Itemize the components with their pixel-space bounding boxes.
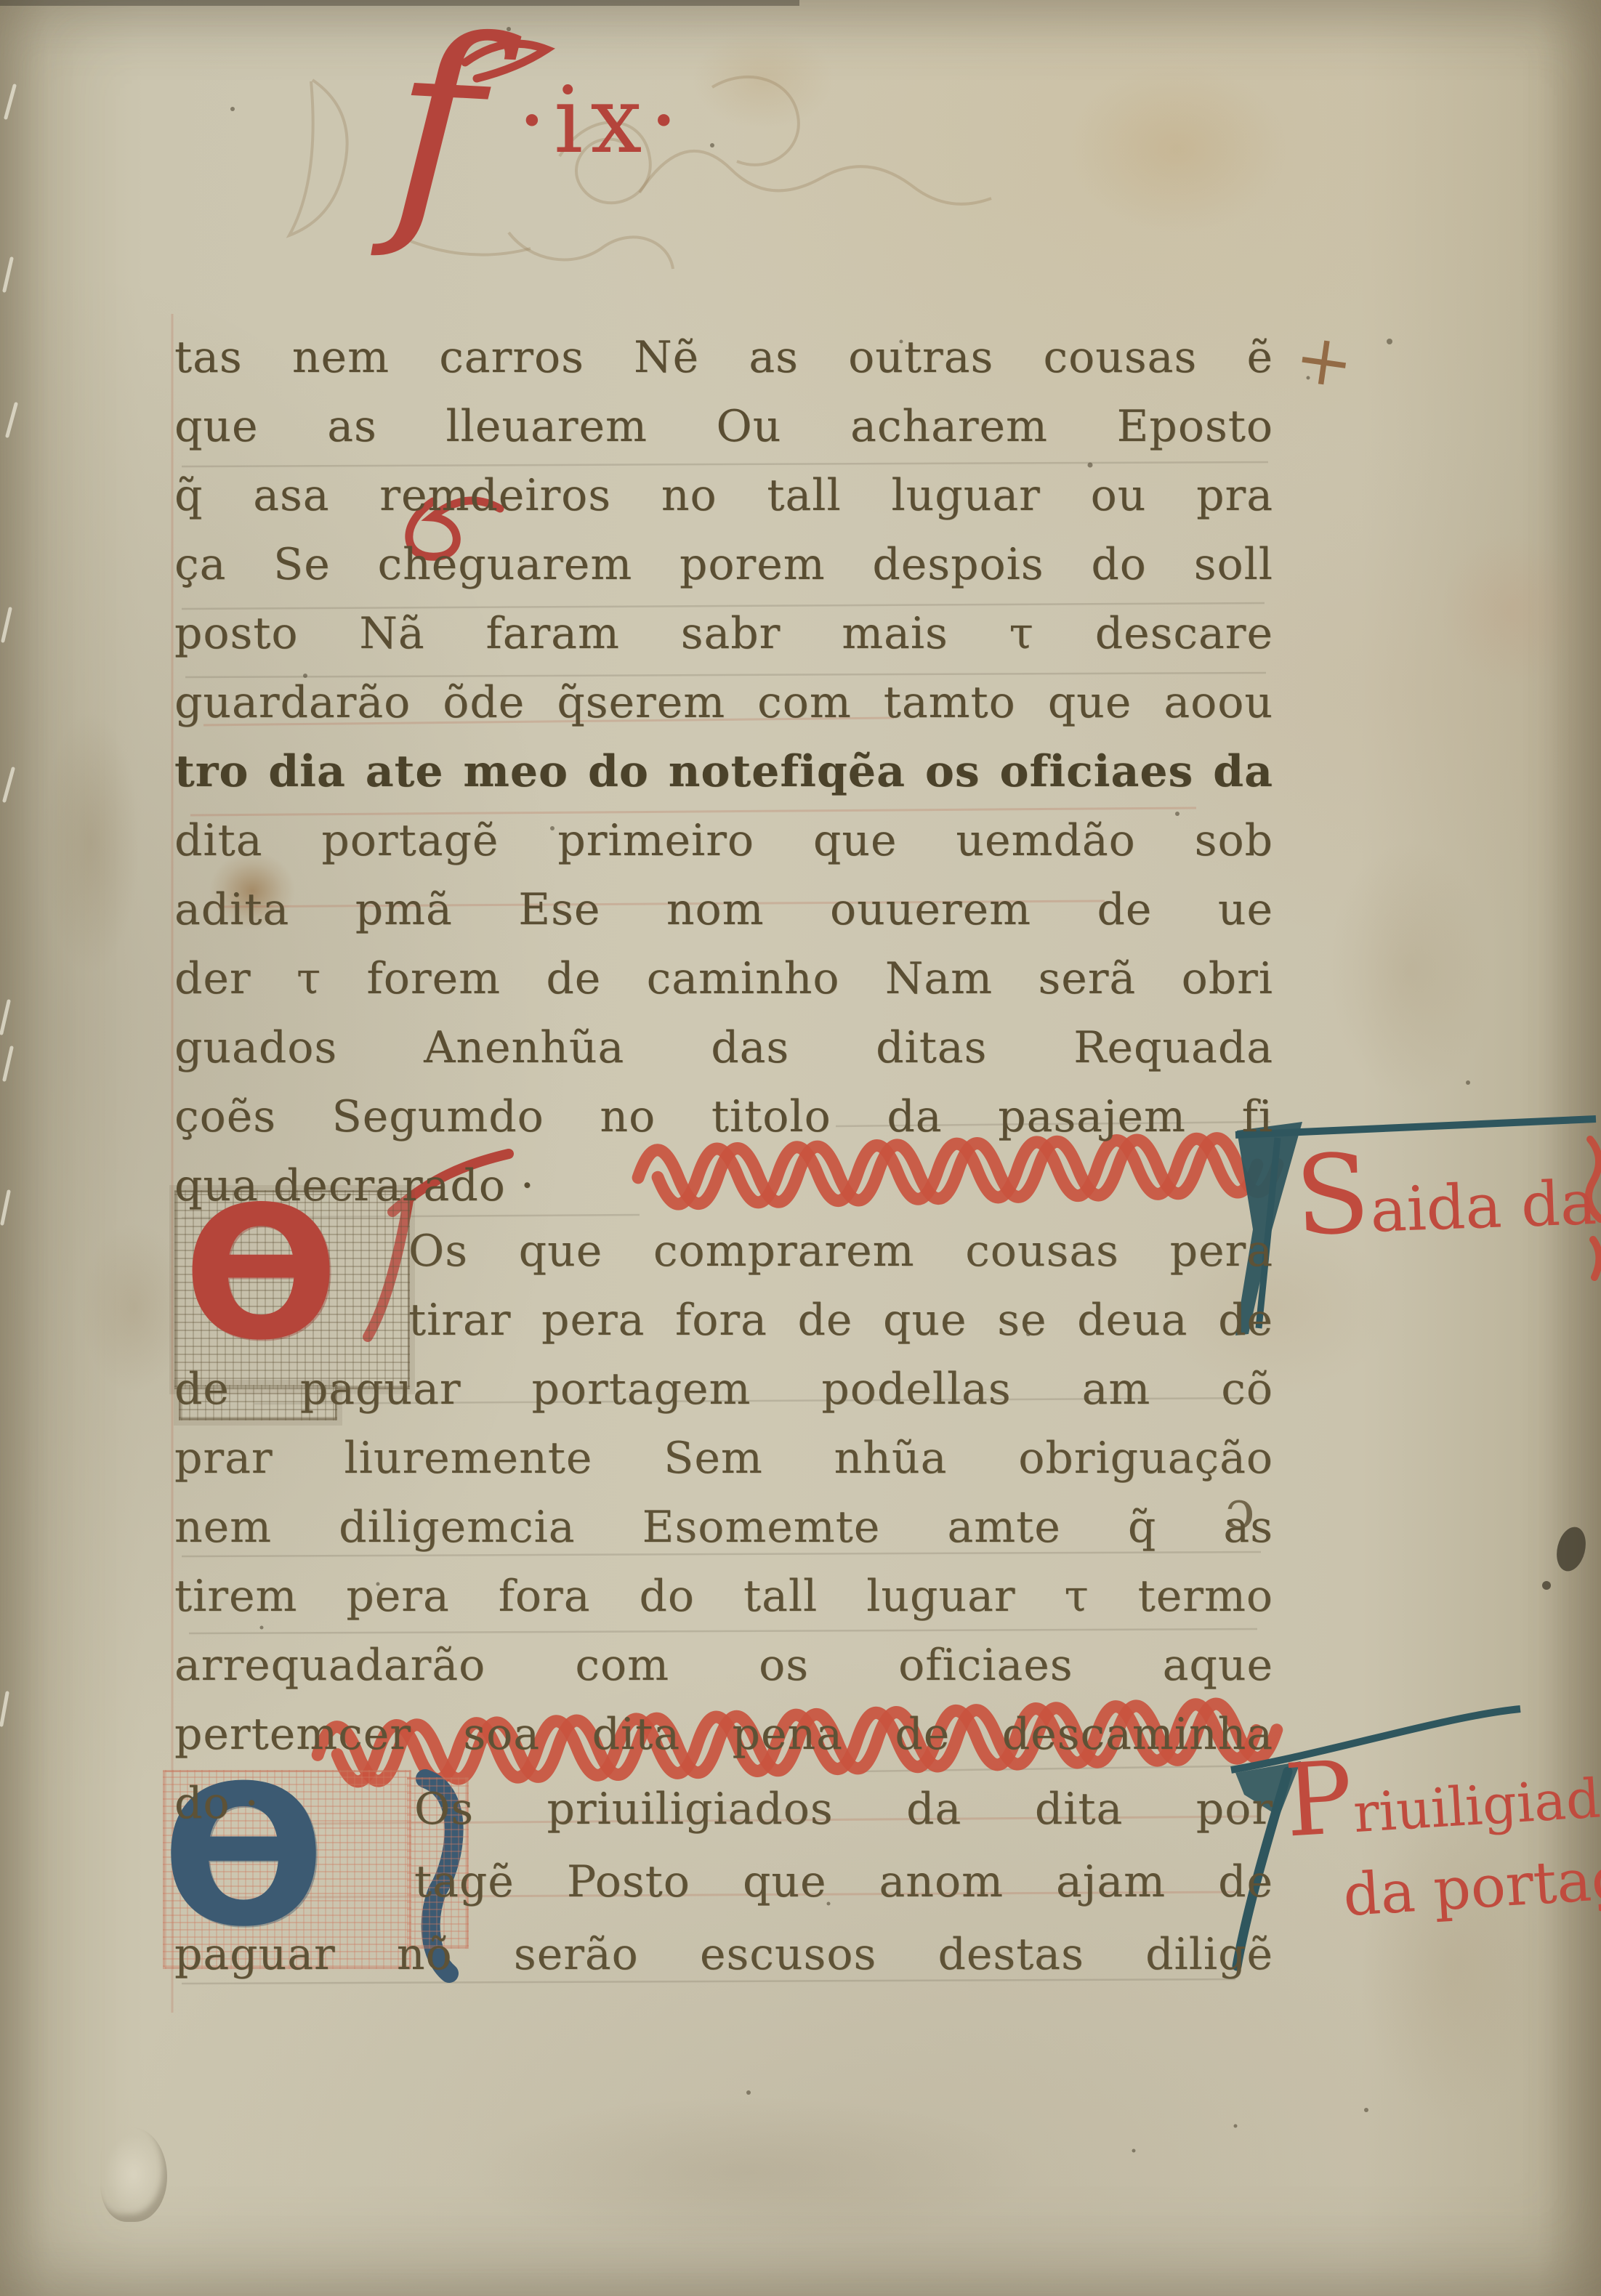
text-line: guados Anenhũa das ditas Requada xyxy=(174,1014,1273,1083)
margin-note-line: Saida da vila xyxy=(1293,1119,1601,1261)
text-line: nem diligemcia Esomemte amte q̃ as xyxy=(174,1493,1273,1562)
stain xyxy=(669,15,858,145)
text-line: adita pmã Ese nom ouuerem de ue xyxy=(174,876,1273,945)
margin-note-saida-da-vila: Saida da vila xyxy=(1293,1119,1601,1261)
margin-note-priuiligiados-da-portage: Priuiligiadosda portagẽ xyxy=(1283,1738,1601,1939)
text-line: que as lleuarem Ou acharem Eposto xyxy=(174,392,1273,461)
text-line: qua decrarado · xyxy=(174,1152,1273,1221)
stain xyxy=(29,676,153,1010)
text-line: arrequadarão com os oficiaes aque xyxy=(174,1631,1273,1700)
ink-blot xyxy=(1542,1524,1590,1590)
stain xyxy=(1417,509,1601,712)
text-line: tirem pera fora do tall luguar τ termo xyxy=(174,1562,1273,1631)
text-line: tro dia ate meo do notefiqẽa os oficiaes… xyxy=(174,737,1273,807)
paragraph-3: Os priuiligiados da dita portagẽ Posto q… xyxy=(174,1773,1273,1991)
paragraph-1: tas nem carros Nẽ as outras cousas ẽque … xyxy=(174,323,1273,1221)
text-line: q̃ asa remdeiros no tall luguar ou pra xyxy=(174,461,1273,530)
text-line: paguar nõ serão escusos destas diligẽ xyxy=(174,1918,1273,1991)
binding-stitches xyxy=(1,86,16,1725)
text-line: prar liuremente Sem nhũa obriguação xyxy=(174,1424,1273,1493)
text-line: posto Nã faram sabr mais τ descare xyxy=(174,599,1273,668)
paragraph-2: Os que comprarem cousas peratirar pera f… xyxy=(174,1217,1273,1838)
text-line: de paguar portagem podellas am cõ xyxy=(174,1355,1273,1424)
text-line: pertemcer soa dita pena de descaminha xyxy=(174,1700,1273,1769)
text-line: der τ forem de caminho Nam serã obri xyxy=(174,945,1273,1014)
text-line: guardarão õde q̃serem com tamto que aoou xyxy=(174,668,1273,737)
marginal-cross-mark: + xyxy=(1290,316,1359,405)
drop-cap-spacer xyxy=(174,1217,408,1355)
stain xyxy=(392,2078,1105,2267)
manuscript-page: f ·ix· + ɔ Ɵ Ɵ tas nem carros Nẽ as outr… xyxy=(0,0,1601,2296)
drop-cap-spacer xyxy=(174,1773,414,1918)
text-line: ça Se cheguarem porem despois do soll xyxy=(174,530,1273,599)
parchment-defect xyxy=(100,2127,167,2222)
stain xyxy=(1301,799,1519,1141)
text-line: tas nem carros Nẽ as outras cousas ẽ xyxy=(174,323,1273,392)
text-line: çoẽs Segumdo no titolo da pasajem fi xyxy=(174,1083,1273,1152)
text-line: dita portagẽ primeiro que uemdão sob xyxy=(174,807,1273,876)
stain xyxy=(1032,36,1323,262)
folio-number: ·ix· xyxy=(517,67,685,174)
folio-letter: f xyxy=(386,4,487,248)
margin-note-line: Priuiligiados xyxy=(1283,1738,1601,1858)
